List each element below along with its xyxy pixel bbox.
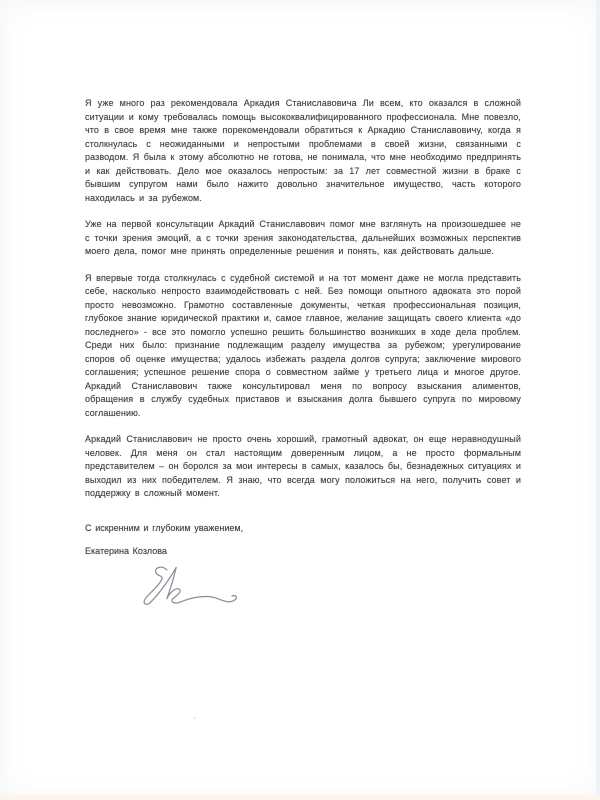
scan-page-bottom-edge — [0, 795, 600, 800]
signatory-name: Екатерина Козлова — [85, 545, 521, 559]
scan-artifact-speck — [234, 286, 236, 288]
handwritten-signature-icon — [133, 561, 243, 611]
letter-paragraph-2: Уже на первой консультации Аркадий Стани… — [85, 218, 521, 259]
letter-paragraph-1: Я уже много раз рекомендовала Аркадия Ст… — [85, 97, 521, 205]
letter-paragraph-3: Я впервые тогда столкнулась с судебной с… — [85, 272, 521, 421]
scan-artifact-speck — [193, 717, 196, 719]
scanned-letter-page: Я уже много раз рекомендовала Аркадия Ст… — [0, 0, 600, 800]
scan-page-right-edge — [596, 0, 600, 800]
letter-paragraph-4: Аркадий Станиславович не просто очень хо… — [85, 433, 521, 501]
letter-closing: С искренним и глубоким уважением, — [85, 522, 521, 536]
letter-body: Я уже много раз рекомендовала Аркадия Ст… — [85, 97, 521, 611]
